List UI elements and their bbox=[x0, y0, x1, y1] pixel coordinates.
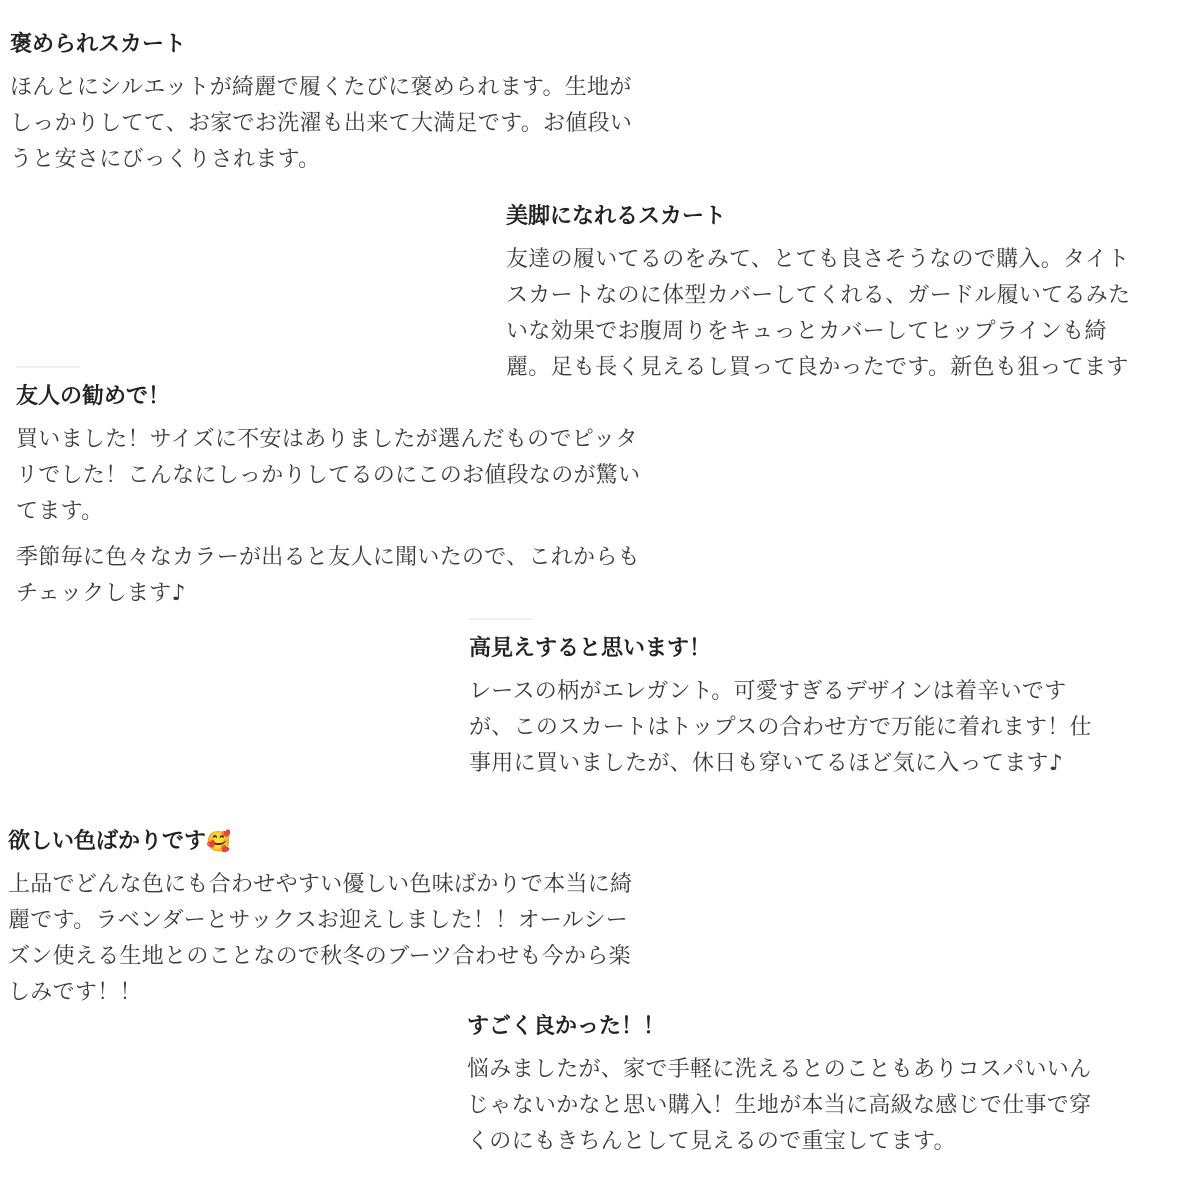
review-card: 欲しい色ばかりです🥰 上品でどんな色にも合わせやすい優しい色味ばかりで本当に綺 … bbox=[8, 826, 632, 1021]
review-line: 買いました！サイズに不安はありましたが選んだものでピッタ bbox=[16, 422, 640, 458]
review-line: 悩みましたが、家で手軽に洗えるとのこともありコスパいいん bbox=[467, 1052, 1091, 1088]
review-line: ズン使える生地とのことなので秋冬のブーツ合わせも今から楽 bbox=[8, 939, 632, 975]
review-title-text: 欲しい色ばかりです bbox=[8, 829, 206, 854]
review-line: 友達の履いてるのをみて、とても良さそうなので購入。タイト bbox=[506, 242, 1130, 278]
review-line: しみです！！ bbox=[8, 975, 632, 1011]
review-line: 季節毎に色々なカラーが出ると友人に聞いたので、これからも bbox=[16, 540, 640, 576]
review-card: すごく良かった！！ 悩みましたが、家で手軽に洗えるとのこともありコスパいいん じ… bbox=[467, 1012, 1091, 1170]
review-title: すごく良かった！！ bbox=[467, 1012, 1091, 1042]
review-body: 友達の履いてるのをみて、とても良さそうなので購入。タイト スカートなのに体型カバ… bbox=[506, 242, 1130, 386]
smiling-face-with-hearts-icon: 🥰 bbox=[206, 829, 231, 853]
review-line: 麗です。ラベンダーとサックスお迎えしました！！オールシー bbox=[8, 903, 632, 939]
review-line: ほんとにシルエットが綺麗で履くたびに褒められます。生地が bbox=[10, 70, 632, 106]
review-body: ほんとにシルエットが綺麗で履くたびに褒められます。生地が しっかりしてて、お家で… bbox=[10, 70, 632, 178]
review-title: 褒められスカート bbox=[10, 30, 632, 60]
review-line: じゃないかなと思い購入！生地が本当に高級な感じで仕事で穿 bbox=[467, 1088, 1091, 1124]
review-title: 友人の勧めで！ bbox=[16, 382, 640, 412]
review-title: 欲しい色ばかりです🥰 bbox=[8, 826, 632, 857]
review-line: スカートなのに体型カバーしてくれる、ガードル履いてるみた bbox=[506, 278, 1130, 314]
review-title: 美脚になれるスカート bbox=[506, 202, 1130, 232]
review-divider bbox=[16, 366, 80, 368]
review-line: 事用に買いましたが、休日も穿いてるほど気に入ってます♪ bbox=[469, 746, 1092, 782]
review-divider bbox=[469, 618, 533, 620]
review-line: いな効果でお腹周りをキュっとカバーしてヒップラインも綺 bbox=[506, 314, 1130, 350]
review-line: くのにもきちんとして見えるので重宝してます。 bbox=[467, 1124, 1091, 1160]
review-line: レースの柄がエレガント。可愛すぎるデザインは着辛いです bbox=[469, 674, 1092, 710]
review-title: 高見えすると思います！ bbox=[469, 634, 1092, 664]
review-line: てます。 bbox=[16, 494, 640, 530]
review-body: 悩みましたが、家で手軽に洗えるとのこともありコスパいいん じゃないかなと思い購入… bbox=[467, 1052, 1091, 1160]
review-line: 上品でどんな色にも合わせやすい優しい色味ばかりで本当に綺 bbox=[8, 867, 632, 903]
review-card: 高見えすると思います！ レースの柄がエレガント。可愛すぎるデザインは着辛いです … bbox=[469, 618, 1092, 792]
review-line: しっかりしてて、お家でお洗濯も出来て大満足です。お値段い bbox=[10, 106, 632, 142]
review-line: うと安さにびっくりされます。 bbox=[10, 142, 632, 178]
review-card: 褒められスカート ほんとにシルエットが綺麗で履くたびに褒められます。生地が しっ… bbox=[10, 30, 632, 188]
review-card: 友人の勧めで！ 買いました！サイズに不安はありましたが選んだものでピッタ リでし… bbox=[16, 366, 640, 622]
review-body: 上品でどんな色にも合わせやすい優しい色味ばかりで本当に綺 麗です。ラベンダーとサ… bbox=[8, 867, 632, 1011]
review-body: レースの柄がエレガント。可愛すぎるデザインは着辛いです が、このスカートはトップ… bbox=[469, 674, 1092, 782]
review-body: 季節毎に色々なカラーが出ると友人に聞いたので、これからも チェックします♪ bbox=[16, 540, 640, 612]
review-line: が、このスカートはトップスの合わせ方で万能に着れます！仕 bbox=[469, 710, 1092, 746]
review-line: チェックします♪ bbox=[16, 576, 640, 612]
review-line: リでした！こんなにしっかりしてるのにこのお値段なのが驚い bbox=[16, 458, 640, 494]
review-body: 買いました！サイズに不安はありましたが選んだものでピッタ リでした！こんなにしっ… bbox=[16, 422, 640, 530]
